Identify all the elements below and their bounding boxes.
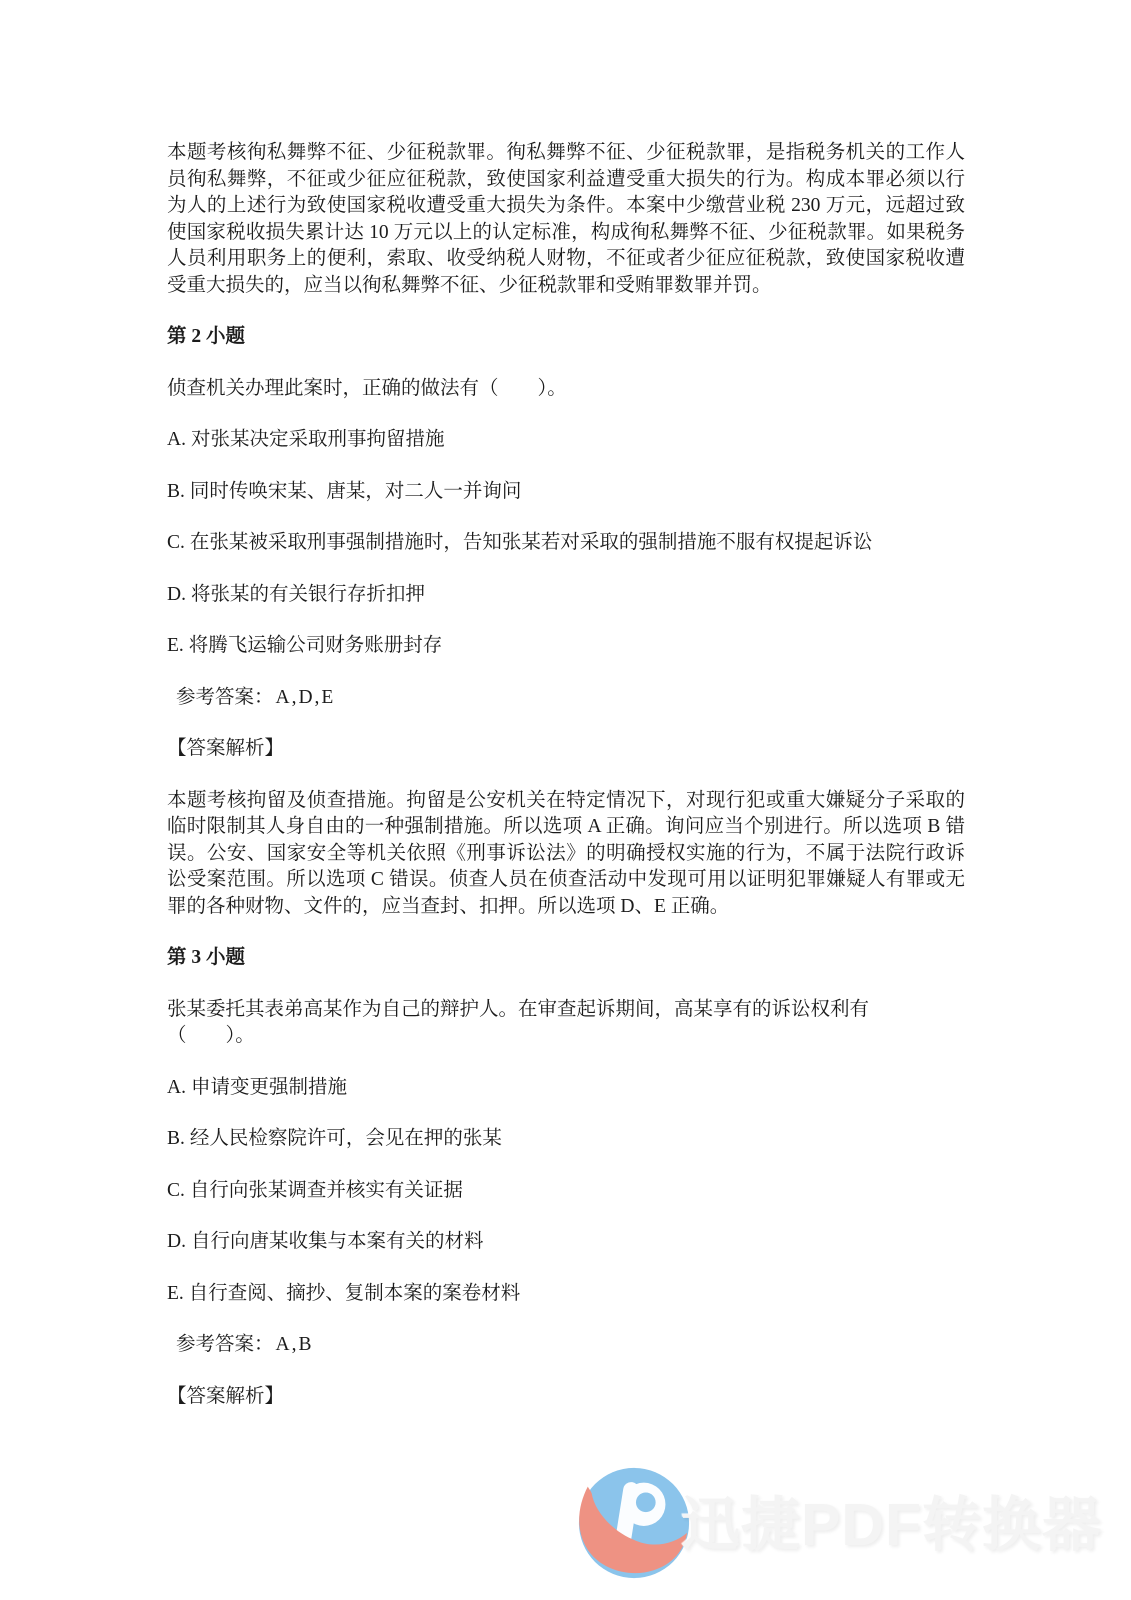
q3-option-a: A.申请变更强制措施	[167, 1075, 965, 1102]
option-label: E.	[167, 635, 184, 656]
option-label: E.	[167, 1283, 184, 1304]
q3-question: 张某委托其表弟高某作为自己的辩护人。在审查起诉期间，高某享有的诉讼权利有 （ ）…	[167, 997, 965, 1050]
pdf-converter-watermark: 迅捷PDF转换器	[575, 1460, 1115, 1585]
q2-option-a: A.对张某决定采取刑事拘留措施	[167, 427, 965, 454]
q2-analysis-paragraph: 本题考核拘留及侦查措施。拘留是公安机关在特定情况下，对现行犯或重大嫌疑分子采取的…	[167, 788, 965, 921]
option-text: 同时传唤宋某、唐某，对二人一并询问	[190, 481, 522, 502]
option-text: 对张某决定采取刑事拘留措施	[191, 429, 445, 450]
option-label: A.	[167, 1077, 186, 1098]
document-content: 本题考核徇私舞弊不征、少征税款罪。徇私舞弊不征、少征税款罪，是指税务机关的工作人…	[167, 140, 965, 1435]
option-text: 申请变更强制措施	[191, 1077, 347, 1098]
q3-answer-line: 参考答案：A,B	[167, 1332, 965, 1359]
q2-analysis-heading: 【答案解析】	[167, 736, 965, 763]
answer-value: A,B	[276, 1334, 314, 1355]
q2-option-c: C.在张某被采取刑事强制措施时，告知张某若对采取的强制措施不服有权提起诉讼	[167, 530, 965, 557]
answer-label: 参考答案：	[176, 687, 274, 708]
option-text: 经人民检察院许可，会见在押的张某	[190, 1128, 502, 1149]
option-text: 将腾飞运输公司财务账册封存	[189, 635, 443, 656]
q2-option-d: D.将张某的有关银行存折扣押	[167, 582, 965, 609]
q2-option-e: E.将腾飞运输公司财务账册封存	[167, 633, 965, 660]
q3-option-b: B.经人民检察院许可，会见在押的张某	[167, 1126, 965, 1153]
q3-option-e: E.自行查阅、摘抄、复制本案的案卷材料	[167, 1281, 965, 1308]
option-text: 将张某的有关银行存折扣押	[191, 584, 425, 605]
option-label: D.	[167, 1231, 186, 1252]
option-text: 在张某被采取刑事强制措施时，告知张某若对采取的强制措施不服有权提起诉讼	[190, 532, 873, 553]
option-label: A.	[167, 429, 186, 450]
option-label: B.	[167, 1128, 185, 1149]
q1-analysis-paragraph: 本题考核徇私舞弊不征、少征税款罪。徇私舞弊不征、少征税款罪，是指税务机关的工作人…	[167, 140, 965, 299]
option-label: D.	[167, 584, 186, 605]
option-label: C.	[167, 1180, 185, 1201]
q2-heading: 第 2 小题	[167, 324, 965, 351]
q2-option-b: B.同时传唤宋某、唐某，对二人一并询问	[167, 479, 965, 506]
q2-answer-line: 参考答案：A,D,E	[167, 685, 965, 712]
q3-analysis-heading: 【答案解析】	[167, 1384, 965, 1411]
option-text: 自行向唐某收集与本案有关的材料	[191, 1231, 484, 1252]
q3-option-c: C.自行向张某调查并核实有关证据	[167, 1178, 965, 1205]
answer-label: 参考答案：	[176, 1334, 274, 1355]
option-label: B.	[167, 481, 185, 502]
option-text: 自行查阅、摘抄、复制本案的案卷材料	[189, 1283, 521, 1304]
document-page: 本题考核徇私舞弊不征、少征税款罪。徇私舞弊不征、少征税款罪，是指税务机关的工作人…	[0, 0, 1131, 1600]
pdf-converter-watermark-text: 迅捷PDF转换器	[681, 1477, 1102, 1562]
answer-value: A,D,E	[276, 687, 336, 708]
option-text: 自行向张某调查并核实有关证据	[190, 1180, 463, 1201]
q2-question: 侦查机关办理此案时，正确的做法有（ ）。	[167, 376, 965, 403]
option-label: C.	[167, 532, 185, 553]
q3-heading: 第 3 小题	[167, 945, 965, 972]
q3-option-d: D.自行向唐某收集与本案有关的材料	[167, 1229, 965, 1256]
pdf-converter-logo-icon	[575, 1464, 693, 1582]
